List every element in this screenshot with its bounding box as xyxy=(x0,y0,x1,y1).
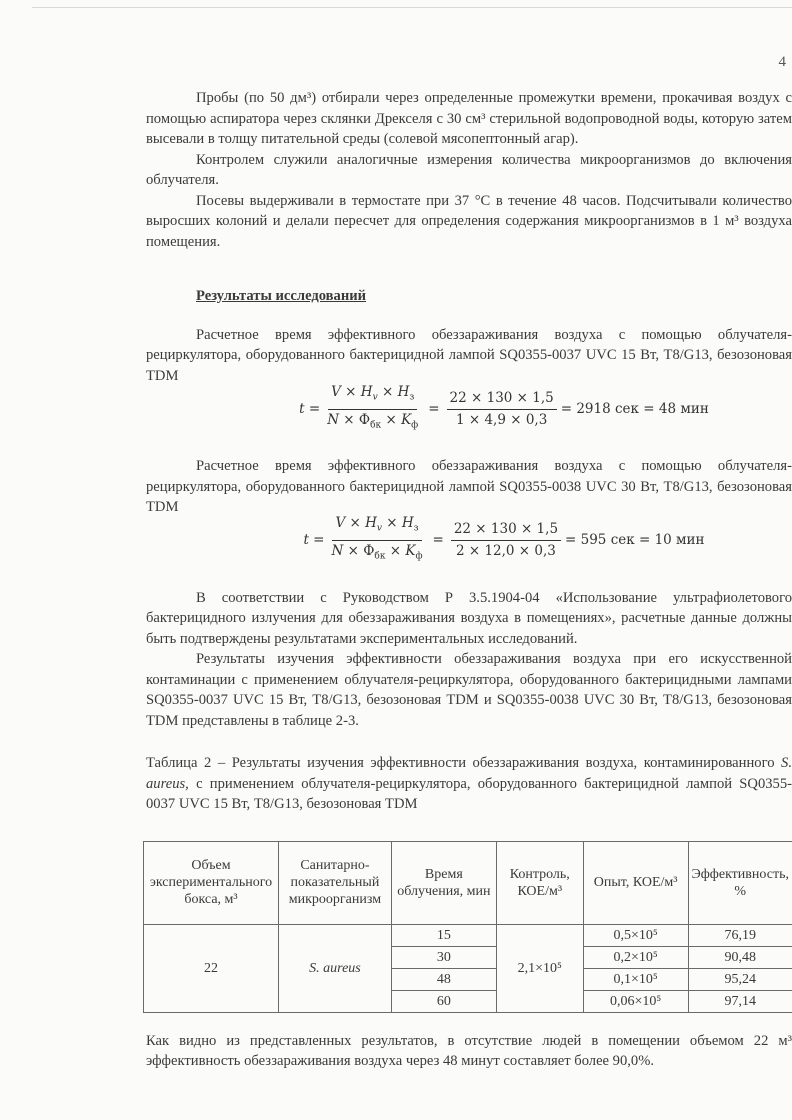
paragraph-results-intro: Результаты изучения эффективности обезза… xyxy=(146,649,792,731)
cell-efficiency: 76,19 xyxy=(688,924,792,946)
formula-15w: t = V × Hv × Hз N × Фбк × Kф = 22 × 130 … xyxy=(216,386,792,432)
cell-efficiency: 95,24 xyxy=(688,968,792,990)
table-row: 22 S. aureus 15 2,1×10⁵ 0,5×10⁵ 76,19 xyxy=(144,924,792,946)
formula-value-fraction: 22 × 130 × 1,5 1 × 4,9 × 0,3 xyxy=(447,389,557,430)
cell-efficiency: 97,14 xyxy=(688,990,792,1012)
cell-control: 2,1×10⁵ xyxy=(496,924,583,1012)
formula-result: = 2918 сек = 48 мин xyxy=(561,399,709,420)
formula-symbolic-fraction: V × Hv × Hз N × Фбк × Kф xyxy=(324,383,421,435)
section-heading-results: Результаты исследований xyxy=(196,286,792,307)
cell-volume: 22 xyxy=(144,924,279,1012)
page-number: 4 xyxy=(779,54,787,71)
cell-time: 60 xyxy=(391,990,496,1012)
cell-time: 48 xyxy=(391,968,496,990)
formula-lhs: t = xyxy=(299,399,320,420)
paragraph-calc-30w: Расчетное время эффективного обеззаражив… xyxy=(146,456,792,518)
scan-top-edge xyxy=(32,7,792,8)
cell-experiment: 0,06×10⁵ xyxy=(583,990,688,1012)
paragraph-sampling: Пробы (по 50 дм³) отбирали через определ… xyxy=(146,88,792,150)
document-body: Пробы (по 50 дм³) отбирали через определ… xyxy=(146,88,792,1072)
paragraph-control: Контролем служили аналогичные измерения … xyxy=(146,150,792,191)
header-control: Контроль, КОЕ/м³ xyxy=(496,841,583,924)
cell-experiment: 0,1×10⁵ xyxy=(583,968,688,990)
formula-30w: t = V × Hv × Hз N × Фбк × Kф = 22 × 130 … xyxy=(216,518,792,564)
cell-experiment: 0,5×10⁵ xyxy=(583,924,688,946)
paragraph-guideline: В соответствии с Руководством Р 3.5.1904… xyxy=(146,588,792,650)
paragraph-conclusion: Как видно из представленных результатов,… xyxy=(146,1031,792,1072)
header-efficiency: Эффективность, % xyxy=(688,841,792,924)
paragraph-incubation: Посевы выдерживали в термостате при 37 °… xyxy=(146,191,792,253)
cell-efficiency: 90,48 xyxy=(688,946,792,968)
cell-experiment: 0,2×10⁵ xyxy=(583,946,688,968)
header-microorganism: Санитарно-показательный микроорганизм xyxy=(278,841,391,924)
table-caption: Таблица 2 – Результаты изучения эффектив… xyxy=(146,753,792,815)
formula-symbolic-fraction: V × Hv × Hз N × Фбк × Kф xyxy=(329,514,426,566)
cell-organism: S. aureus xyxy=(278,924,391,1012)
table-header-row: Объем экспериментального бокса, м³ Санит… xyxy=(144,841,792,924)
formula-lhs: t = xyxy=(303,530,324,551)
results-table: Объем экспериментального бокса, м³ Санит… xyxy=(143,841,792,1013)
header-time: Время облучения, мин xyxy=(391,841,496,924)
header-experiment: Опыт, КОЕ/м³ xyxy=(583,841,688,924)
formula-result: = 595 сек = 10 мин xyxy=(565,530,705,551)
formula-value-fraction: 22 × 130 × 1,5 2 × 12,0 × 0,3 xyxy=(451,520,561,561)
paragraph-calc-15w: Расчетное время эффективного обеззаражив… xyxy=(146,325,792,387)
cell-time: 30 xyxy=(391,946,496,968)
header-volume: Объем экспериментального бокса, м³ xyxy=(144,841,279,924)
cell-time: 15 xyxy=(391,924,496,946)
